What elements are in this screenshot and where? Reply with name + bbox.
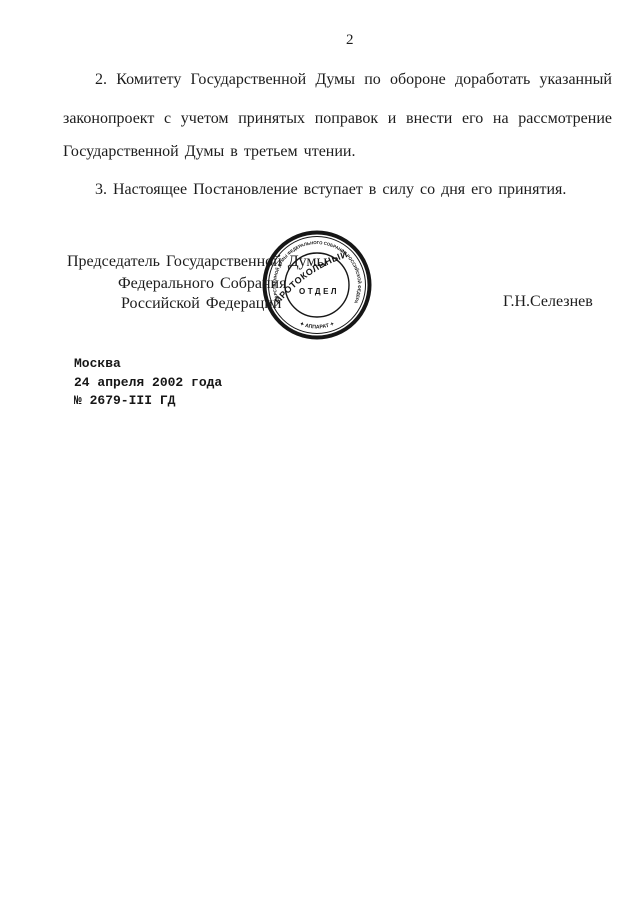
document-page: 2 2. Комитету Государственной Думы по об…: [0, 0, 640, 900]
stamp-outer-inner-line: [269, 237, 366, 334]
stamp-svg: ГОСУДАРСТВЕННОЙ ДУМЫ ФЕДЕРАЛЬНОГО СОБРАН…: [242, 210, 392, 360]
footer-city: Москва: [74, 356, 121, 371]
footer-date: 24 апреля 2002 года: [74, 375, 222, 390]
signatory-name: Г.Н.Селезнев: [503, 293, 593, 311]
paragraph-3: 3. Настоящее Постановление вступает в си…: [63, 181, 612, 199]
paragraph-2-line-2: законопроект с учетом принятых поправок …: [63, 110, 612, 128]
stamp-center-line2: ОТДЕЛ: [299, 287, 339, 296]
stamp-ring-bottom-text: ✦ АППАРАТ ✦: [299, 321, 336, 330]
protocol-department-stamp-icon: ГОСУДАРСТВЕННОЙ ДУМЫ ФЕДЕРАЛЬНОГО СОБРАН…: [242, 210, 392, 360]
page-number: 2: [346, 32, 354, 49]
paragraph-2-line-3: Государственной Думы в третьем чтении.: [63, 143, 612, 161]
stamp-outer-ring: [265, 233, 370, 338]
paragraph-2-line-1: 2. Комитету Государственной Думы по обор…: [63, 71, 612, 89]
document-number: № 2679-III ГД: [74, 393, 175, 408]
stamp-ring-bottom-textpath: ✦ АППАРАТ ✦: [299, 321, 336, 330]
